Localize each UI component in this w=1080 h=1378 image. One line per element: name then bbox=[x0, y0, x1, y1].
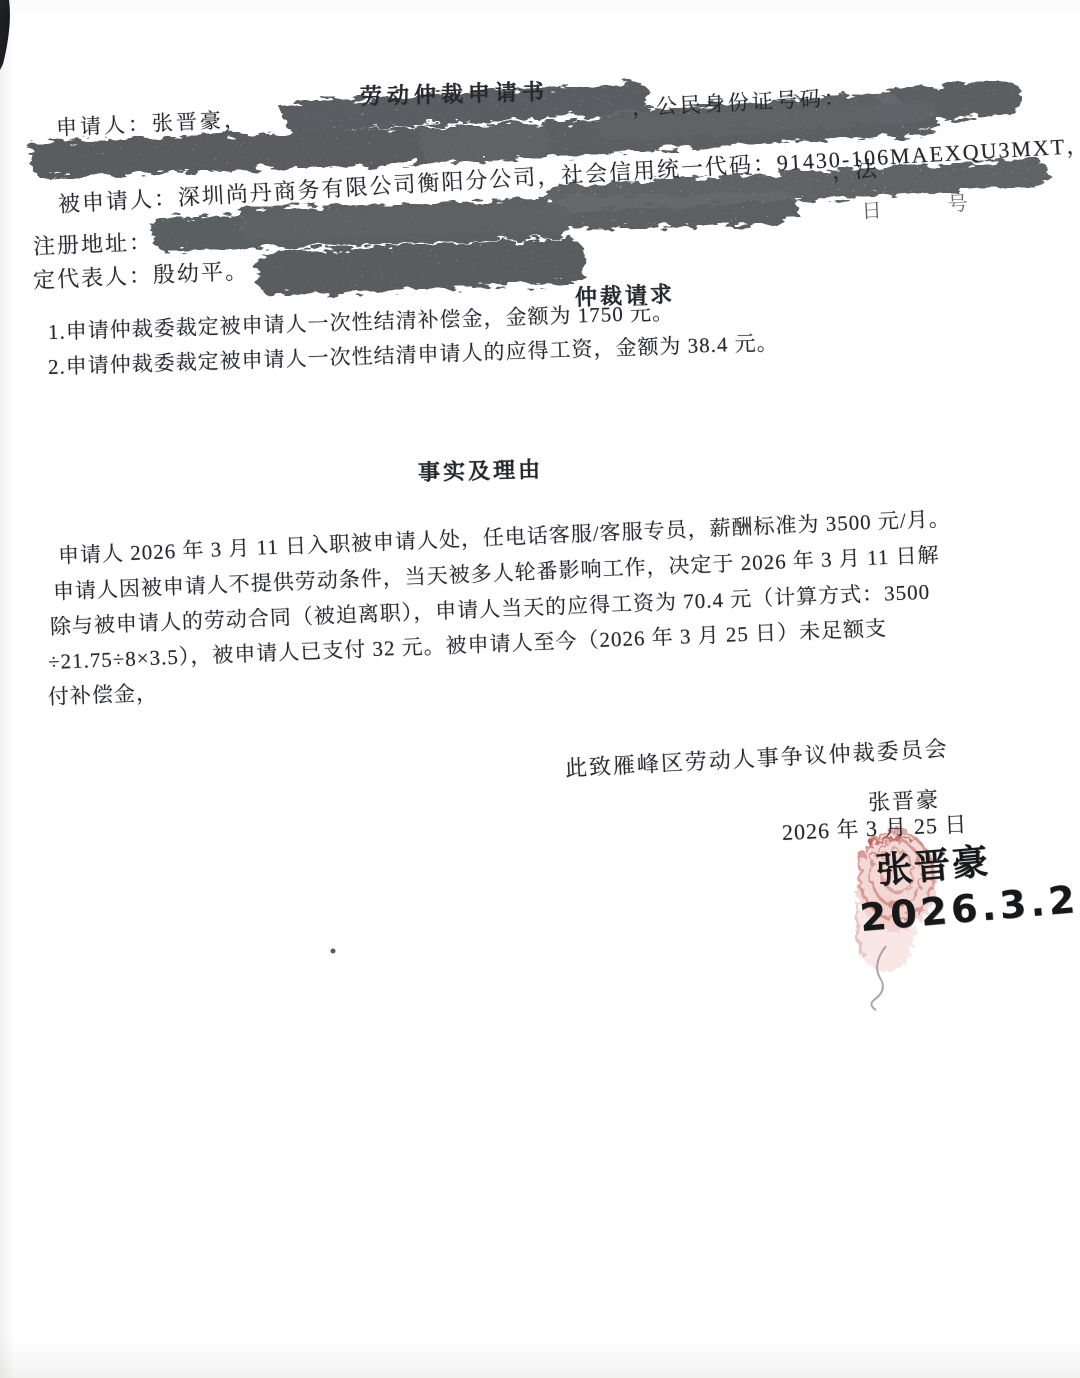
facts-line-5: 付补偿金， bbox=[47, 677, 158, 711]
smudged-char-hao: 号 bbox=[947, 192, 968, 216]
smudged-char-day: 日 bbox=[861, 200, 882, 223]
respondent-line-tail: ，法 bbox=[831, 153, 879, 186]
ink-speck bbox=[331, 949, 336, 954]
scanned-document-page: { "document": { "title": "劳动仲裁申请书", "par… bbox=[0, 0, 1080, 1378]
handwritten-signature: 张晋豪 bbox=[874, 833, 992, 894]
facts-heading: 事实及理由 bbox=[418, 453, 544, 487]
registered-address-label: 注册地址： bbox=[32, 225, 153, 261]
document-title: 劳动仲裁申请书 bbox=[360, 75, 550, 111]
redaction-blob bbox=[255, 238, 587, 296]
scan-edge-mark bbox=[0, 0, 10, 70]
